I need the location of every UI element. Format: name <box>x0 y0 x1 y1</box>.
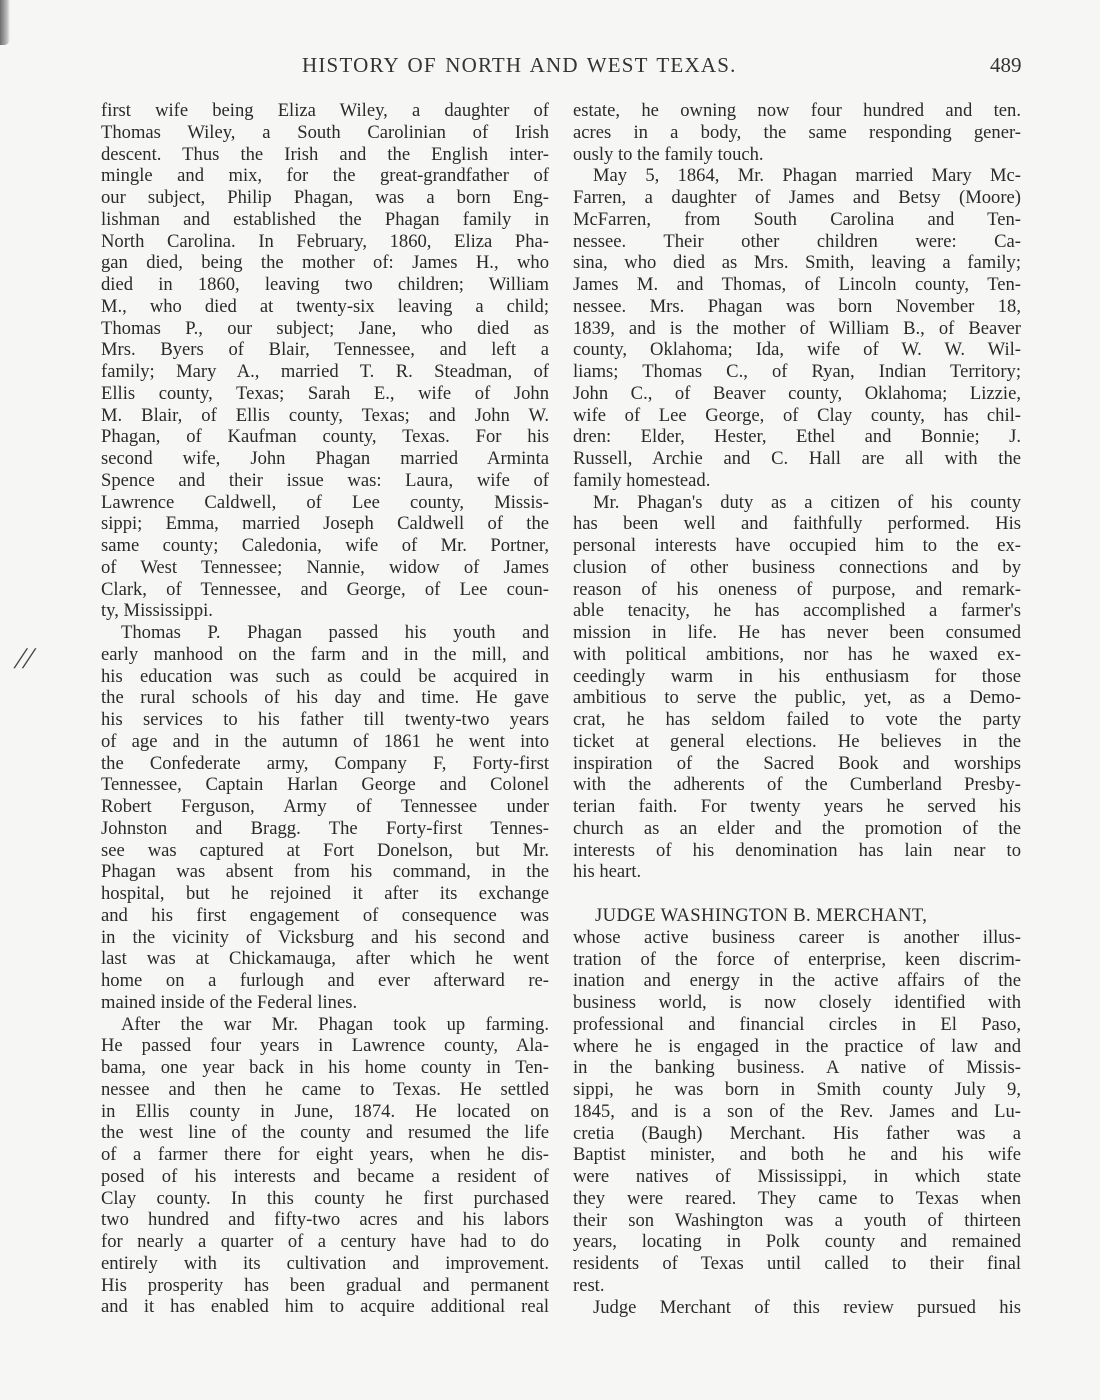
text-line: M., who died at twenty-six leaving a chi… <box>101 296 549 318</box>
text-line: Tennessee, Captain Harlan George and Col… <box>101 774 549 796</box>
text-line: two hundred and fifty-two acres and his … <box>101 1209 549 1231</box>
text-line: whose active business career is another … <box>573 927 1021 949</box>
left-column: first wife being Eliza Wiley, a daughter… <box>101 100 549 1318</box>
text-line: James M. and Thomas, of Lincoln county, … <box>573 274 1021 296</box>
text-line: able tenacity, he has accomplished a far… <box>573 600 1021 622</box>
text-line: home on a furlough and ever afterward re… <box>101 970 549 992</box>
text-line: of a farmer there for eight years, when … <box>101 1144 549 1166</box>
text-line: nessee and then he came to Texas. He set… <box>101 1079 549 1101</box>
text-line: died in 1860, leaving two children; Will… <box>101 274 549 296</box>
text-line: his heart. <box>573 861 1021 883</box>
text-line: posed of his interests and became a resi… <box>101 1166 549 1188</box>
text-line: McFarren, from South Carolina and Ten- <box>573 209 1021 231</box>
text-line: bama, one year back in his home county i… <box>101 1057 549 1079</box>
text-line: mained inside of the Federal lines. <box>101 992 549 1014</box>
text-line: family; Mary A., married T. R. Steadman,… <box>101 361 549 383</box>
text-line: family homestead. <box>573 470 1021 492</box>
text-line: of West Tennessee; Nannie, widow of Jame… <box>101 557 549 579</box>
text-line: in the vicinity of Vicksburg and his sec… <box>101 927 549 949</box>
text-line: Clark, of Tennessee, and George, of Lee … <box>101 579 549 601</box>
text-line: terian faith. For twenty years he served… <box>573 796 1021 818</box>
text-line: early manhood on the farm and in the mil… <box>101 644 549 666</box>
text-line: first wife being Eliza Wiley, a daughter… <box>101 100 549 122</box>
text-line: and his first engagement of consequence … <box>101 905 549 927</box>
text-line: nessee. Mrs. Phagan was born November 18… <box>573 296 1021 318</box>
text-line: second wife, John Phagan married Arminta <box>101 448 549 470</box>
text-line: John C., of Beaver county, Oklahoma; Liz… <box>573 383 1021 405</box>
biography-heading: JUDGE WASHINGTON B. MERCHANT, <box>573 905 1021 927</box>
text-line: clusion of other business connections an… <box>573 557 1021 579</box>
text-line: crat, he has seldom failed to vote the p… <box>573 709 1021 731</box>
text-line: His prosperity has been gradual and perm… <box>101 1275 549 1297</box>
right-column: estate, he owning now four hundred and t… <box>573 100 1021 1318</box>
text-line: church as an elder and the promotion of … <box>573 818 1021 840</box>
text-line: where he is engaged in the practice of l… <box>573 1036 1021 1058</box>
text-line: Thomas P., our subject; Jane, who died a… <box>101 318 549 340</box>
text-line: ambitious to serve the public, yet, as a… <box>573 687 1021 709</box>
text-line: sippi, he was born in Smith county July … <box>573 1079 1021 1101</box>
text-line: Thomas Wiley, a South Carolinian of Iris… <box>101 122 549 144</box>
text-line: Ellis county, Texas; Sarah E., wife of J… <box>101 383 549 405</box>
text-line: sippi; Emma, married Joseph Caldwell of … <box>101 513 549 535</box>
paragraph-start-line: Mr. Phagan's duty as a citizen of his co… <box>573 492 1021 514</box>
text-line: were natives of Mississippi, in which st… <box>573 1166 1021 1188</box>
text-line: mingle and mix, for the great-grandfathe… <box>101 165 549 187</box>
text-line: with the adherents of the Cumberland Pre… <box>573 774 1021 796</box>
text-line: has been well and faithfully performed. … <box>573 513 1021 535</box>
text-line: business world, is now closely identifie… <box>573 992 1021 1014</box>
text-line: liams; Thomas C., of Ryan, Indian Territ… <box>573 361 1021 383</box>
text-line: the rural schools of his day and time. H… <box>101 687 549 709</box>
text-line: their son Washington was a youth of thir… <box>573 1210 1021 1232</box>
text-line: professional and financial circles in El… <box>573 1014 1021 1036</box>
text-line: Spence and their issue was: Laura, wife … <box>101 470 549 492</box>
text-line: dren: Elder, Hester, Ethel and Bonnie; J… <box>573 426 1021 448</box>
text-line: rest. <box>573 1275 1021 1297</box>
text-line: 1845, and is a son of the Rev. James and… <box>573 1101 1021 1123</box>
text-line: with political ambitions, nor has he wax… <box>573 644 1021 666</box>
text-line: Phagan was absent from his command, in t… <box>101 861 549 883</box>
text-line: personal interests have occupied him to … <box>573 535 1021 557</box>
text-line: tration of the force of enterprise, keen… <box>573 949 1021 971</box>
text-line: M. Blair, of Ellis county, Texas; and Jo… <box>101 405 549 427</box>
text-line: descent. Thus the Irish and the English … <box>101 144 549 166</box>
paragraph-start-line: May 5, 1864, Mr. Phagan married Mary Mc- <box>573 165 1021 187</box>
text-line: see was captured at Fort Donelson, but M… <box>101 840 549 862</box>
section-gap <box>573 883 1021 905</box>
text-line: they were reared. They came to Texas whe… <box>573 1188 1021 1210</box>
text-line: gan died, being the mother of: James H.,… <box>101 252 549 274</box>
text-line: ticket at general elections. He believes… <box>573 731 1021 753</box>
text-line: our subject, Philip Phagan, was a born E… <box>101 187 549 209</box>
text-line: entirely with its cultivation and improv… <box>101 1253 549 1275</box>
text-line: inspiration of the Sacred Book and worsh… <box>573 753 1021 775</box>
text-line: his education was such as could be acqui… <box>101 666 549 688</box>
text-line: and it has enabled him to acquire additi… <box>101 1296 549 1318</box>
text-line: lishman and established the Phagan famil… <box>101 209 549 231</box>
text-line: interests of his denomination has lain n… <box>573 840 1021 862</box>
paragraph-start-line: Thomas P. Phagan passed his youth and <box>101 622 549 644</box>
text-line: Farren, a daughter of James and Betsy (M… <box>573 187 1021 209</box>
text-line: residents of Texas until called to their… <box>573 1253 1021 1275</box>
text-line: Robert Ferguson, Army of Tennessee under <box>101 796 549 818</box>
text-line: reason of his oneness of purpose, and re… <box>573 579 1021 601</box>
text-line: Lawrence Caldwell, of Lee county, Missis… <box>101 492 549 514</box>
paragraph-start-line: After the war Mr. Phagan took up farming… <box>101 1014 549 1036</box>
text-line: Phagan, of Kaufman county, Texas. For hi… <box>101 426 549 448</box>
page-number: 489 <box>990 53 1022 78</box>
text-line: estate, he owning now four hundred and t… <box>573 100 1021 122</box>
paragraph-start-line: Judge Merchant of this review pursued hi… <box>573 1297 1021 1319</box>
text-line: ty, Mississippi. <box>101 600 549 622</box>
text-line: 1839, and is the mother of William B., o… <box>573 318 1021 340</box>
text-line: Baptist minister, and both he and his wi… <box>573 1144 1021 1166</box>
text-line: county, Oklahoma; Ida, wife of W. W. Wil… <box>573 339 1021 361</box>
text-line: in Ellis county in June, 1874. He locate… <box>101 1101 549 1123</box>
text-line: Johnston and Bragg. The Forty-first Tenn… <box>101 818 549 840</box>
margin-annotation: // <box>14 642 35 676</box>
text-line: for nearly a quarter of a century have h… <box>101 1231 549 1253</box>
text-line: sina, who died as Mrs. Smith, leaving a … <box>573 252 1021 274</box>
running-title: HISTORY OF NORTH AND WEST TEXAS. <box>302 53 737 78</box>
text-line: mission in life. He has never been consu… <box>573 622 1021 644</box>
text-line: same county; Caledonia, wife of Mr. Port… <box>101 535 549 557</box>
running-head: HISTORY OF NORTH AND WEST TEXAS. 489 <box>0 53 1100 83</box>
text-line: his services to his father till twenty-t… <box>101 709 549 731</box>
text-line: ceedingly warm in his enthusiasm for tho… <box>573 666 1021 688</box>
text-line: nessee. Their other children were: Ca- <box>573 231 1021 253</box>
text-line: ously to the family touch. <box>573 144 1021 166</box>
text-line: acres in a body, the same responding gen… <box>573 122 1021 144</box>
text-line: cretia (Baugh) Merchant. His father was … <box>573 1123 1021 1145</box>
text-line: He passed four years in Lawrence county,… <box>101 1035 549 1057</box>
text-line: Russell, Archie and C. Hall are all with… <box>573 448 1021 470</box>
text-line: North Carolina. In February, 1860, Eliza… <box>101 231 549 253</box>
text-line: the west line of the county and resumed … <box>101 1122 549 1144</box>
text-line: in the banking business. A native of Mis… <box>573 1057 1021 1079</box>
text-line: of age and in the autumn of 1861 he went… <box>101 731 549 753</box>
text-line: wife of Lee George, of Clay county, has … <box>573 405 1021 427</box>
text-line: years, locating in Polk county and remai… <box>573 1231 1021 1253</box>
page-edge-shadow <box>0 0 10 45</box>
text-line: last was at Chickamauga, after which he … <box>101 948 549 970</box>
text-line: ination and energy in the active affairs… <box>573 970 1021 992</box>
text-line: Clay county. In this county he first pur… <box>101 1188 549 1210</box>
text-line: hospital, but he rejoined it after its e… <box>101 883 549 905</box>
text-line: Mrs. Byers of Blair, Tennessee, and left… <box>101 339 549 361</box>
text-line: the Confederate army, Company F, Forty-f… <box>101 753 549 775</box>
